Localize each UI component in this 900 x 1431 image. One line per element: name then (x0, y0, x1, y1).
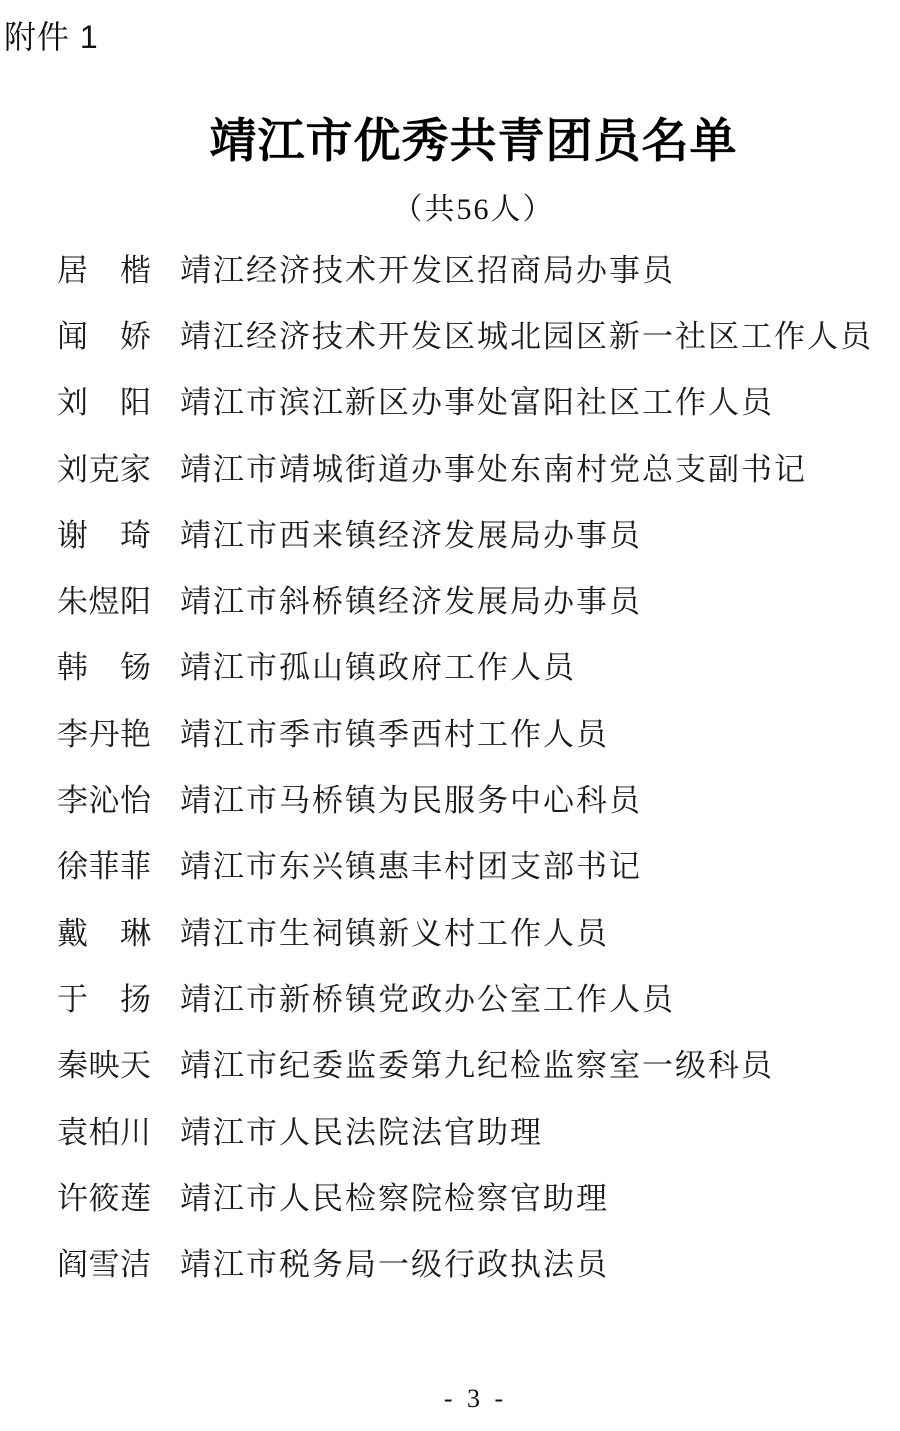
document-page: 附件 1 靖江市优秀共青团员名单 （共56人） 居楷 靖江经济技术开发区招商局办… (0, 0, 900, 1431)
member-name: 朱煜阳 (57, 576, 151, 621)
page-number: - 3 - (57, 1384, 890, 1414)
list-item: 袁柏川 靖江市人民法院法官助理 (57, 1096, 900, 1162)
member-position: 靖江市税务局一级行政执法员 (180, 1239, 609, 1284)
member-name: 袁柏川 (57, 1107, 151, 1152)
member-position: 靖江市马桥镇为民服务中心科员 (180, 775, 642, 820)
list-item: 戴琳 靖江市生祠镇新义村工作人员 (57, 897, 900, 963)
list-item: 李丹艳 靖江市季市镇季西村工作人员 (57, 698, 900, 764)
member-name: 于扬 (57, 974, 151, 1019)
list-item: 刘阳 靖江市滨江新区办事处富阳社区工作人员 (57, 367, 900, 433)
member-position: 靖江市纪委监委第九纪检监察室一级科员 (180, 1040, 774, 1085)
list-item: 于扬 靖江市新桥镇党政办公室工作人员 (57, 963, 900, 1029)
member-position: 靖江市滨江新区办事处富阳社区工作人员 (180, 377, 774, 422)
list-item: 李沁怡 靖江市马桥镇为民服务中心科员 (57, 764, 900, 830)
member-position: 靖江经济技术开发区招商局办事员 (180, 245, 675, 290)
member-position: 靖江市生祠镇新义村工作人员 (180, 908, 609, 953)
list-item: 闻娇 靖江经济技术开发区城北园区新一社区工作人员 (57, 300, 900, 366)
list-item: 徐菲菲 靖江市东兴镇惠丰村团支部书记 (57, 831, 900, 897)
member-position: 靖江市人民检察院检察官助理 (180, 1173, 609, 1218)
member-name: 阎雪洁 (57, 1239, 151, 1284)
member-name: 谢琦 (57, 510, 151, 555)
member-name: 李丹艳 (57, 709, 151, 754)
list-item: 刘克家 靖江市靖城街道办事处东南村党总支副书记 (57, 433, 900, 499)
member-name: 居楷 (57, 245, 151, 290)
member-name: 徐菲菲 (57, 841, 151, 886)
member-list: 居楷 靖江经济技术开发区招商局办事员 闻娇 靖江经济技术开发区城北园区新一社区工… (57, 234, 900, 1295)
member-name: 刘阳 (57, 377, 151, 422)
member-name: 秦映天 (57, 1040, 151, 1085)
member-position: 靖江市东兴镇惠丰村团支部书记 (180, 841, 642, 886)
member-position: 靖江市孤山镇政府工作人员 (180, 642, 576, 687)
member-name: 闻娇 (57, 311, 151, 356)
member-position: 靖江经济技术开发区城北园区新一社区工作人员 (180, 311, 873, 356)
member-name: 戴琳 (57, 908, 151, 953)
list-item: 许筱莲 靖江市人民检察院检察官助理 (57, 1162, 900, 1228)
list-item: 韩钖 靖江市孤山镇政府工作人员 (57, 632, 900, 698)
attachment-label: 附件 1 (4, 12, 99, 58)
list-item: 秦映天 靖江市纪委监委第九纪检监察室一级科员 (57, 1030, 900, 1096)
list-item: 朱煜阳 靖江市斜桥镇经济发展局办事员 (57, 565, 900, 631)
member-name: 刘克家 (57, 444, 151, 489)
member-position: 靖江市人民法院法官助理 (180, 1107, 543, 1152)
member-position: 靖江市季市镇季西村工作人员 (180, 709, 609, 754)
member-position: 靖江市西来镇经济发展局办事员 (180, 510, 642, 555)
list-item: 谢琦 靖江市西来镇经济发展局办事员 (57, 499, 900, 565)
list-item: 阎雪洁 靖江市税务局一级行政执法员 (57, 1228, 900, 1294)
member-position: 靖江市靖城街道办事处东南村党总支副书记 (180, 444, 807, 489)
member-position: 靖江市新桥镇党政办公室工作人员 (180, 974, 675, 1019)
page-title: 靖江市优秀共青团员名单 (57, 104, 890, 171)
member-name: 韩钖 (57, 642, 151, 687)
member-name: 许筱莲 (57, 1173, 151, 1218)
list-item: 居楷 靖江经济技术开发区招商局办事员 (57, 234, 900, 300)
member-position: 靖江市斜桥镇经济发展局办事员 (180, 576, 642, 621)
member-name: 李沁怡 (57, 775, 151, 820)
page-subtitle: （共56人） (57, 184, 890, 228)
